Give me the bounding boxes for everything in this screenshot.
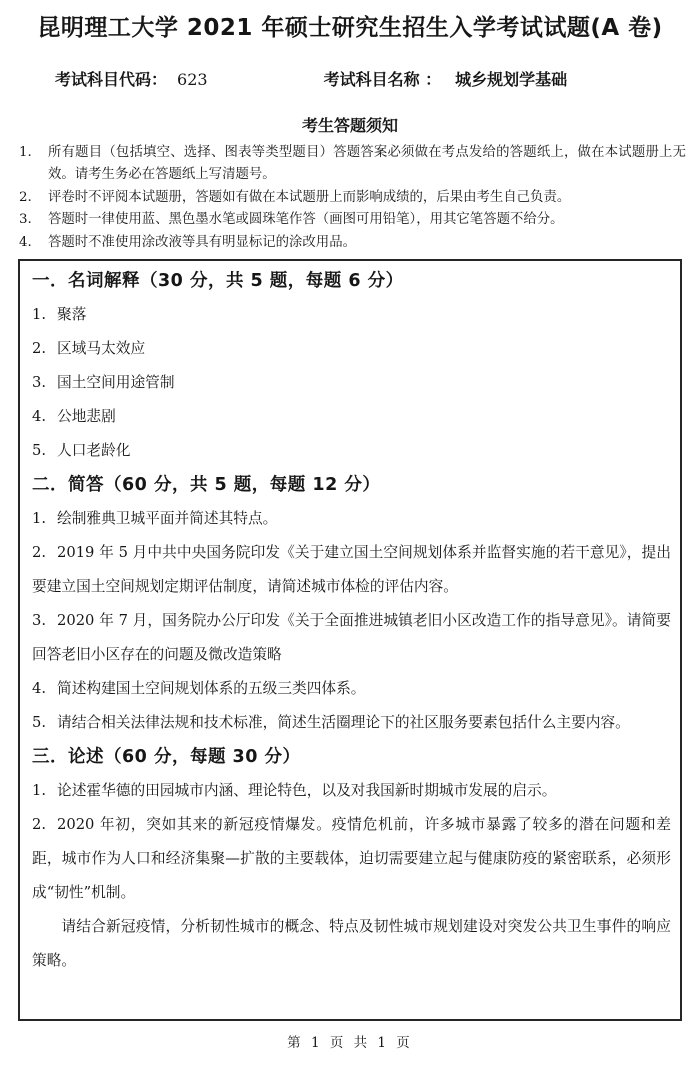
notice-item-text: 评卷时不评阅本试题册，答题如有做在本试题册上而影响成绩的，后果由考生自己负责。 [48, 187, 686, 209]
question-number: 1. [32, 510, 46, 527]
notice-item-number: 3. [18, 209, 48, 231]
subject-name-value: 城乡规划学基础 [455, 69, 567, 91]
subject-code-label: 考试科目代码： [55, 69, 167, 91]
question-number: 3. [32, 374, 46, 391]
question-item: 2.2020 年初，突如其来的新冠疫情爆发。疫情危机前，许多城市暴露了较多的潜在… [32, 808, 671, 910]
question-text: 绘制雅典卫城平面并简述其特点。 [57, 510, 277, 527]
section-heading: 一．名词解释（30 分，共 5 题，每题 6 分） [32, 264, 671, 298]
subject-name-label: 考试科目名称 ： [324, 69, 442, 91]
question-text: 简述构建国土空间规划体系的五级三类四体系。 [57, 680, 365, 697]
question-item: 4.简述构建国土空间规划体系的五级三类四体系。 [32, 672, 671, 706]
notice-title: 考生答题须知 [0, 115, 700, 137]
question-item: 1.绘制雅典卫城平面并简述其特点。 [32, 502, 671, 536]
question-item: 3.国土空间用途管制 [32, 366, 671, 400]
page-title: 昆明理工大学 2021 年硕士研究生招生入学考试试题(A 卷) [0, 0, 700, 43]
notice-item: 2.评卷时不评阅本试题册，答题如有做在本试题册上而影响成绩的，后果由考生自己负责… [18, 187, 686, 209]
question-item: 2.2019 年 5 月中共中央国务院印发《关于建立国土空间规划体系并监督实施的… [32, 536, 671, 604]
notice-item-number: 4. [18, 232, 48, 254]
question-text: 聚落 [57, 306, 86, 323]
question-item: 4.公地悲剧 [32, 400, 671, 434]
question-number: 1. [32, 782, 46, 799]
question-number: 4. [32, 408, 46, 425]
question-item: 5.人口老龄化 [32, 434, 671, 468]
notice-item-number: 2. [18, 187, 48, 209]
question-number: 1. [32, 306, 46, 323]
question-item: 1.聚落 [32, 298, 671, 332]
question-number: 2. [32, 340, 46, 357]
question-item: 2.区域马太效应 [32, 332, 671, 366]
question-text: 请结合相关法律法规和技术标准，简述生活圈理论下的社区服务要素包括什么主要内容。 [57, 714, 630, 731]
question-text: 论述霍华德的田园城市内涵、理论特色，以及对我国新时期城市发展的启示。 [57, 782, 556, 799]
notice-item-text: 答题时不准使用涂改液等具有明显标记的涂改用品。 [48, 232, 686, 254]
question-number: 5. [32, 442, 46, 459]
question-text: 2020 年初，突如其来的新冠疫情爆发。疫情危机前，许多城市暴露了较多的潜在问题… [32, 816, 671, 901]
subject-code-value: 623 [177, 69, 208, 91]
notice-list: 1.所有题目（包括填空、选择、图表等类型题目）答题答案必须做在考点发给的答题纸上… [18, 142, 686, 254]
question-paragraph: 请结合新冠疫情，分析韧性城市的概念、特点及韧性城市规划建设对突发公共卫生事件的响… [32, 910, 671, 978]
notice-item: 3.答题时一律使用蓝、黑色墨水笔或圆珠笔作答（画图可用铅笔），用其它笔答题不给分… [18, 209, 686, 231]
exam-box: 一．名词解释（30 分，共 5 题，每题 6 分）1.聚落2.区域马太效应3.国… [18, 259, 682, 1021]
question-item: 5.请结合相关法律法规和技术标准，简述生活圈理论下的社区服务要素包括什么主要内容… [32, 706, 671, 740]
section-heading: 二．简答（60 分，共 5 题，每题 12 分） [32, 468, 671, 502]
question-text: 区域马太效应 [57, 340, 145, 357]
notice-item: 1.所有题目（包括填空、选择、图表等类型题目）答题答案必须做在考点发给的答题纸上… [18, 142, 686, 187]
section-heading: 三．论述（60 分，每题 30 分） [32, 740, 671, 774]
question-item: 1.论述霍华德的田园城市内涵、理论特色，以及对我国新时期城市发展的启示。 [32, 774, 671, 808]
question-text: 人口老龄化 [57, 442, 130, 459]
notice-item-number: 1. [18, 142, 48, 187]
page-number: 第 1 页 共 1 页 [0, 1033, 700, 1053]
question-number: 5. [32, 714, 46, 731]
notice-item-text: 所有题目（包括填空、选择、图表等类型题目）答题答案必须做在考点发给的答题纸上，做… [48, 142, 686, 187]
notice-item: 4.答题时不准使用涂改液等具有明显标记的涂改用品。 [18, 232, 686, 254]
question-text: 2020 年 7 月，国务院办公厅印发《关于全面推进城镇老旧小区改造工作的指导意… [32, 612, 671, 663]
notice-item-text: 答题时一律使用蓝、黑色墨水笔或圆珠笔作答（画图可用铅笔），用其它笔答题不给分。 [48, 209, 686, 231]
subject-info-row: 考试科目代码： 623 考试科目名称 ： 城乡规划学基础 [55, 69, 660, 91]
question-text: 公地悲剧 [57, 408, 116, 425]
question-text: 请结合新冠疫情，分析韧性城市的概念、特点及韧性城市规划建设对突发公共卫生事件的响… [32, 918, 671, 969]
question-text: 2019 年 5 月中共中央国务院印发《关于建立国土空间规划体系并监督实施的若干… [32, 544, 671, 595]
question-text: 国土空间用途管制 [57, 374, 175, 391]
question-item: 3.2020 年 7 月，国务院办公厅印发《关于全面推进城镇老旧小区改造工作的指… [32, 604, 671, 672]
question-number: 2. [32, 816, 46, 833]
question-number: 4. [32, 680, 46, 697]
exam-paper-page: 昆明理工大学 2021 年硕士研究生招生入学考试试题(A 卷) 考试科目代码： … [0, 0, 700, 1069]
question-number: 3. [32, 612, 46, 629]
question-number: 2. [32, 544, 46, 561]
